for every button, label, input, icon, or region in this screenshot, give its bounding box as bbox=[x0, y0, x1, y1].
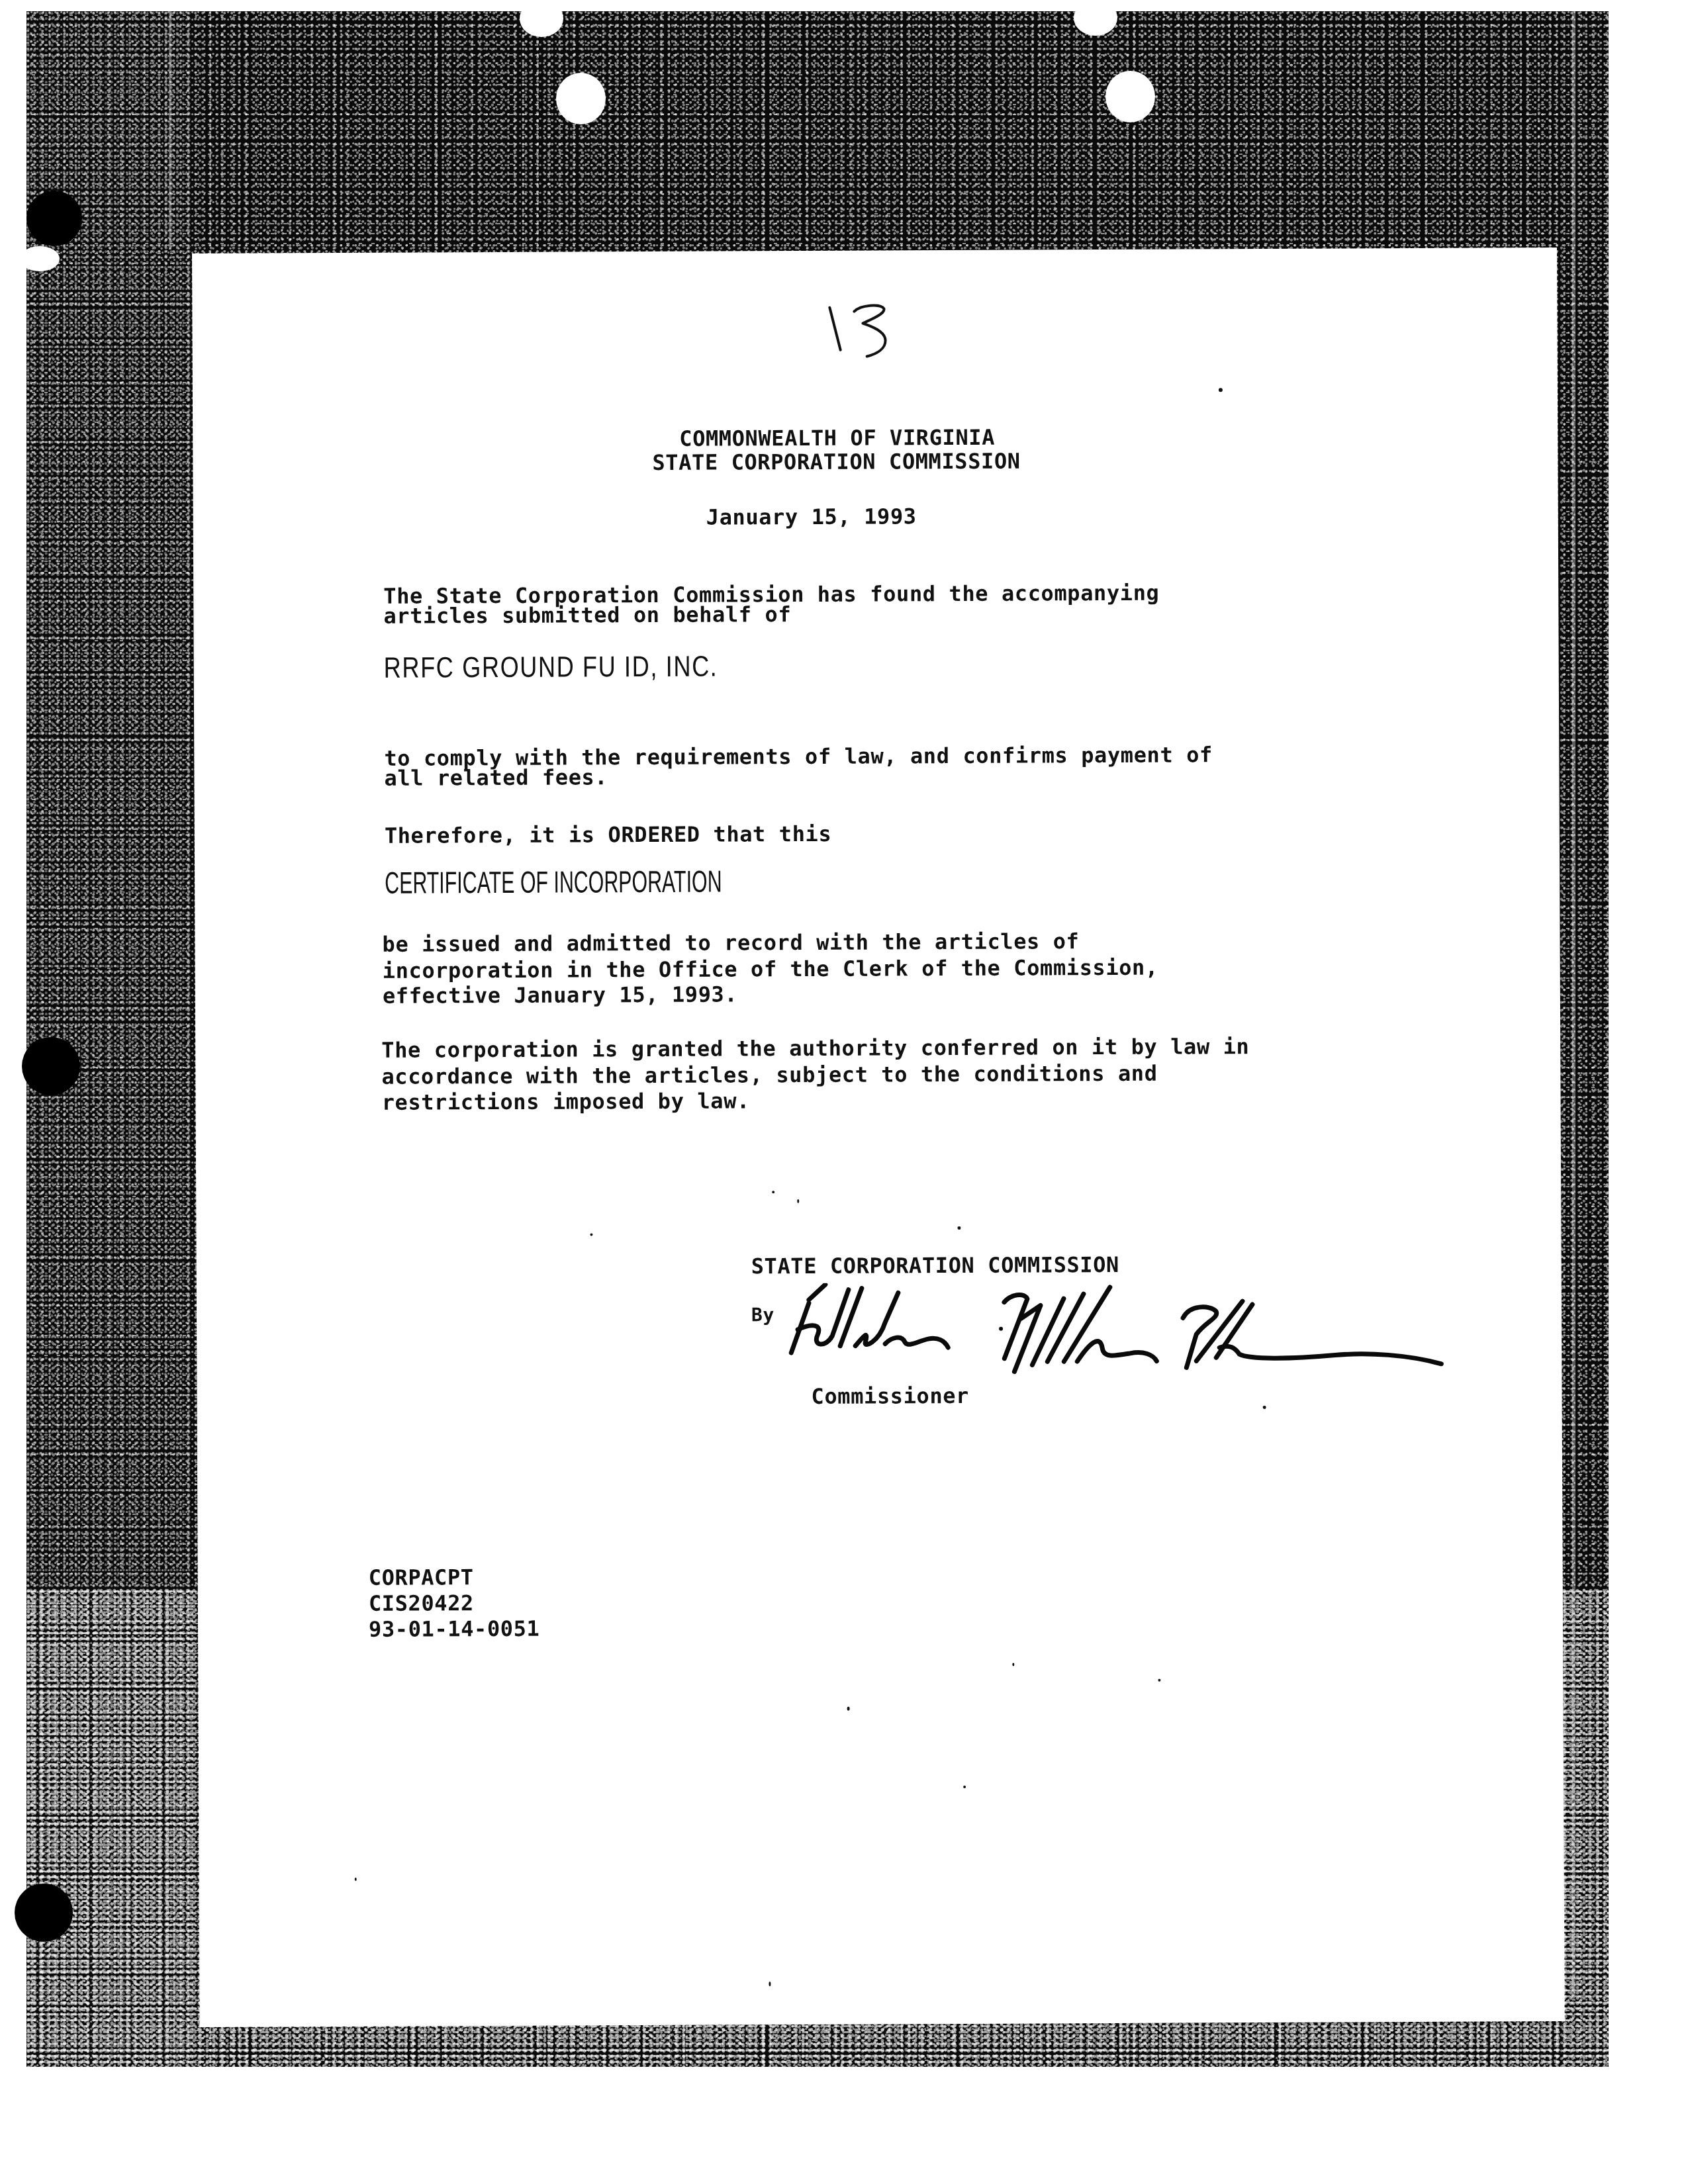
issuance-line-1: be issued and admitted to record with th… bbox=[382, 929, 1079, 958]
scan-speck bbox=[957, 1226, 961, 1230]
compliance-line-2: all related fees. bbox=[384, 764, 608, 791]
header-line-2: STATE CORPORATION COMMISSION bbox=[652, 449, 1020, 476]
scan-streak bbox=[1572, 11, 1575, 1997]
signature-issuer: STATE CORPORATION COMMISSION bbox=[751, 1252, 1119, 1279]
punch-hole-left-lower bbox=[15, 1884, 73, 1942]
signer-title: Commissioner bbox=[811, 1383, 969, 1410]
scan-speck bbox=[1012, 1663, 1014, 1666]
punch-hole-top-right bbox=[1105, 71, 1155, 122]
punch-hole-top-left bbox=[556, 73, 606, 124]
header-line-1: COMMONWEALTH OF VIRGINIA bbox=[679, 425, 995, 452]
scan-speck bbox=[963, 1786, 966, 1788]
handwritten-page-number bbox=[824, 302, 897, 361]
scan-speck bbox=[590, 1233, 592, 1236]
punch-hole-top-left-notch bbox=[520, 0, 563, 37]
intro-line-2: articles submitted on behalf of bbox=[383, 602, 791, 629]
certificate-page: 13 COMMONWEALTH OF VIRGINIA STATE CORPOR… bbox=[192, 248, 1565, 2027]
signature-by-label: By bbox=[751, 1302, 774, 1328]
footer-code-1: CORPACPT bbox=[369, 1565, 474, 1591]
issuance-line-3: effective January 15, 1993. bbox=[383, 981, 738, 1009]
punch-hole-left-middle bbox=[22, 1037, 80, 1095]
header-date: January 15, 1993 bbox=[706, 504, 917, 530]
scan-speck bbox=[769, 1981, 771, 1986]
footer-code-3: 93-01-14-0051 bbox=[369, 1616, 539, 1643]
scan-speck bbox=[355, 1878, 357, 1881]
certificate-title: CERTIFICATE OF INCORPORATION bbox=[385, 864, 722, 901]
order-line: Therefore, it is ORDERED that this bbox=[385, 821, 832, 849]
scan-speck bbox=[797, 1199, 799, 1203]
scan-streak bbox=[169, 11, 171, 250]
entity-name: RRFC GROUND FU ID, INC. bbox=[384, 651, 718, 685]
punch-hole-left-upper bbox=[26, 191, 82, 246]
footer-code-2: CIS20422 bbox=[369, 1590, 474, 1617]
authority-line-3: restrictions imposed by law. bbox=[382, 1088, 750, 1115]
scan-speck bbox=[1219, 388, 1223, 392]
punch-hole-top-right-notch bbox=[1074, 0, 1117, 36]
scan-speck bbox=[847, 1707, 850, 1711]
authority-line-1: The corporation is granted the authority… bbox=[381, 1034, 1249, 1064]
scan-speck bbox=[1158, 1679, 1160, 1682]
commissioner-signature bbox=[786, 1281, 1468, 1376]
scan-speck bbox=[772, 1191, 774, 1193]
issuance-line-2: incorporation in the Office of the Clerk… bbox=[383, 955, 1158, 984]
scan-speck bbox=[1263, 1406, 1266, 1409]
punch-hole-left-upper-notch bbox=[20, 246, 60, 271]
authority-line-2: accordance with the articles, subject to… bbox=[381, 1061, 1157, 1090]
